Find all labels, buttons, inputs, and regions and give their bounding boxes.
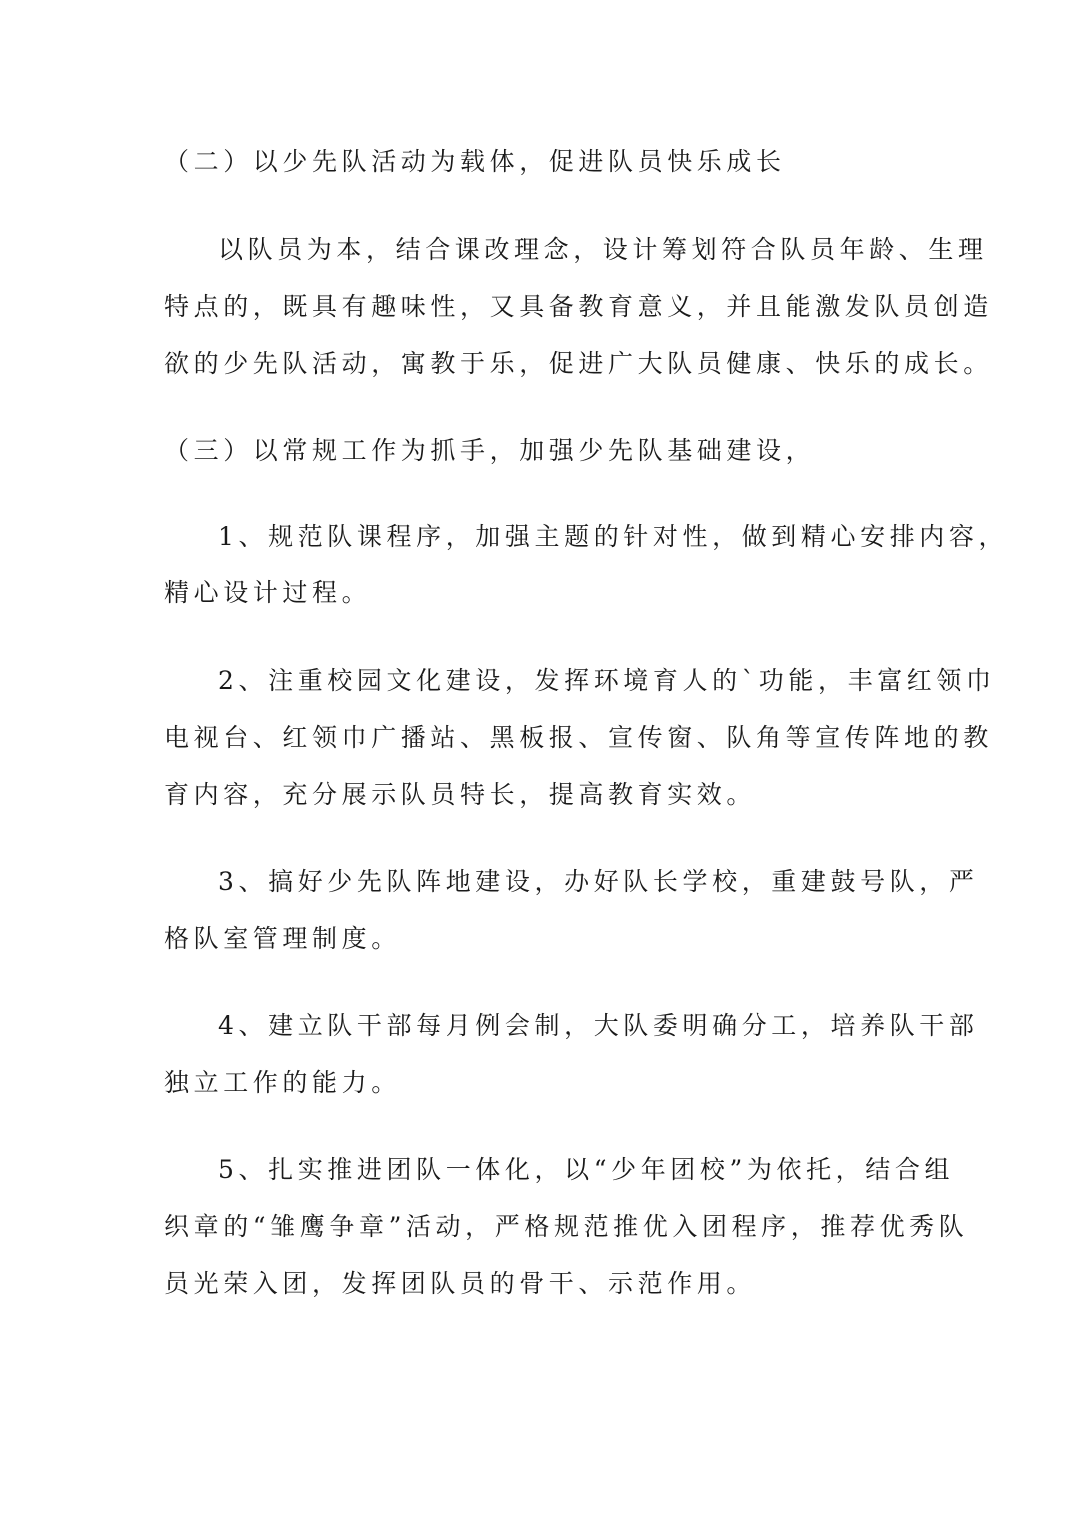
list-item-5-line: 员光荣入团，发挥团队员的骨干、示范作用。 — [164, 1269, 924, 1299]
section-heading-3: （三）以常规工作为抓手，加强少先队基础建设， — [164, 436, 924, 466]
section-heading-2: （二）以少先队活动为载体，促进队员快乐成长 — [164, 147, 924, 177]
list-item-2-line: 育内容，充分展示队员特长，提高教育实效。 — [164, 780, 924, 810]
list-item-3-line: 3、搞好少先队阵地建设，办好队长学校，重建鼓号队，严 — [218, 867, 978, 897]
document-page: （二）以少先队活动为载体，促进队员快乐成长 以队员为本，结合课改理念，设计筹划符… — [0, 0, 1080, 1527]
paragraph-line: 以队员为本，结合课改理念，设计筹划符合队员年龄、生理 — [218, 235, 978, 265]
list-item-5-line: 织章的“雏鹰争章”活动，严格规范推优入团程序，推荐优秀队 — [164, 1212, 924, 1242]
paragraph-line: 欲的少先队活动，寓教于乐，促进广大队员健康、快乐的成长。 — [164, 349, 924, 379]
list-item-2-line: 电视台、红领巾广播站、黑板报、宣传窗、队角等宣传阵地的教 — [164, 723, 924, 753]
list-item-5-line: 5、扎实推进团队一体化，以“少年团校”为依托，结合组 — [218, 1155, 978, 1185]
list-item-2-line: 2、注重校园文化建设，发挥环境育人的`功能，丰富红领巾 — [218, 666, 978, 696]
list-item-4-line: 独立工作的能力。 — [164, 1068, 924, 1098]
list-item-3-line: 格队室管理制度。 — [164, 924, 924, 954]
paragraph-line: 特点的，既具有趣味性，又具备教育意义，并且能激发队员创造 — [164, 292, 924, 322]
list-item-4-line: 4、建立队干部每月例会制，大队委明确分工，培养队干部 — [218, 1011, 978, 1041]
list-item-1-line: 1、规范队课程序，加强主题的针对性，做到精心安排内容， — [218, 522, 978, 552]
list-item-1-line: 精心设计过程。 — [164, 578, 924, 608]
